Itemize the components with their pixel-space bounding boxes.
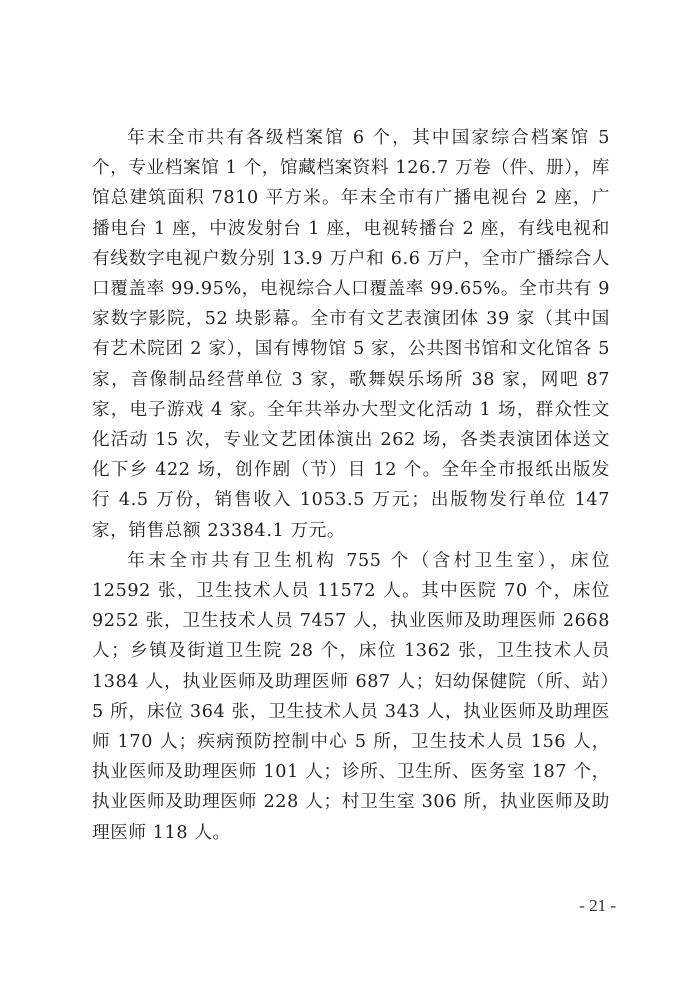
page-number: - 21 - [556,896,616,916]
paragraph-health: 年末全市共有卫生机构 755 个（含村卫生室），床位 12592 张，卫生技术人… [92,546,610,848]
body-text: 年末全市共有各级档案馆 6 个，其中国家综合档案馆 5 个，专业档案馆 1 个，… [92,123,610,848]
paragraph-culture: 年末全市共有各级档案馆 6 个，其中国家综合档案馆 5 个，专业档案馆 1 个，… [92,123,610,546]
document-page: 年末全市共有各级档案馆 6 个，其中国家综合档案馆 5 个，专业档案馆 1 个，… [0,0,700,990]
